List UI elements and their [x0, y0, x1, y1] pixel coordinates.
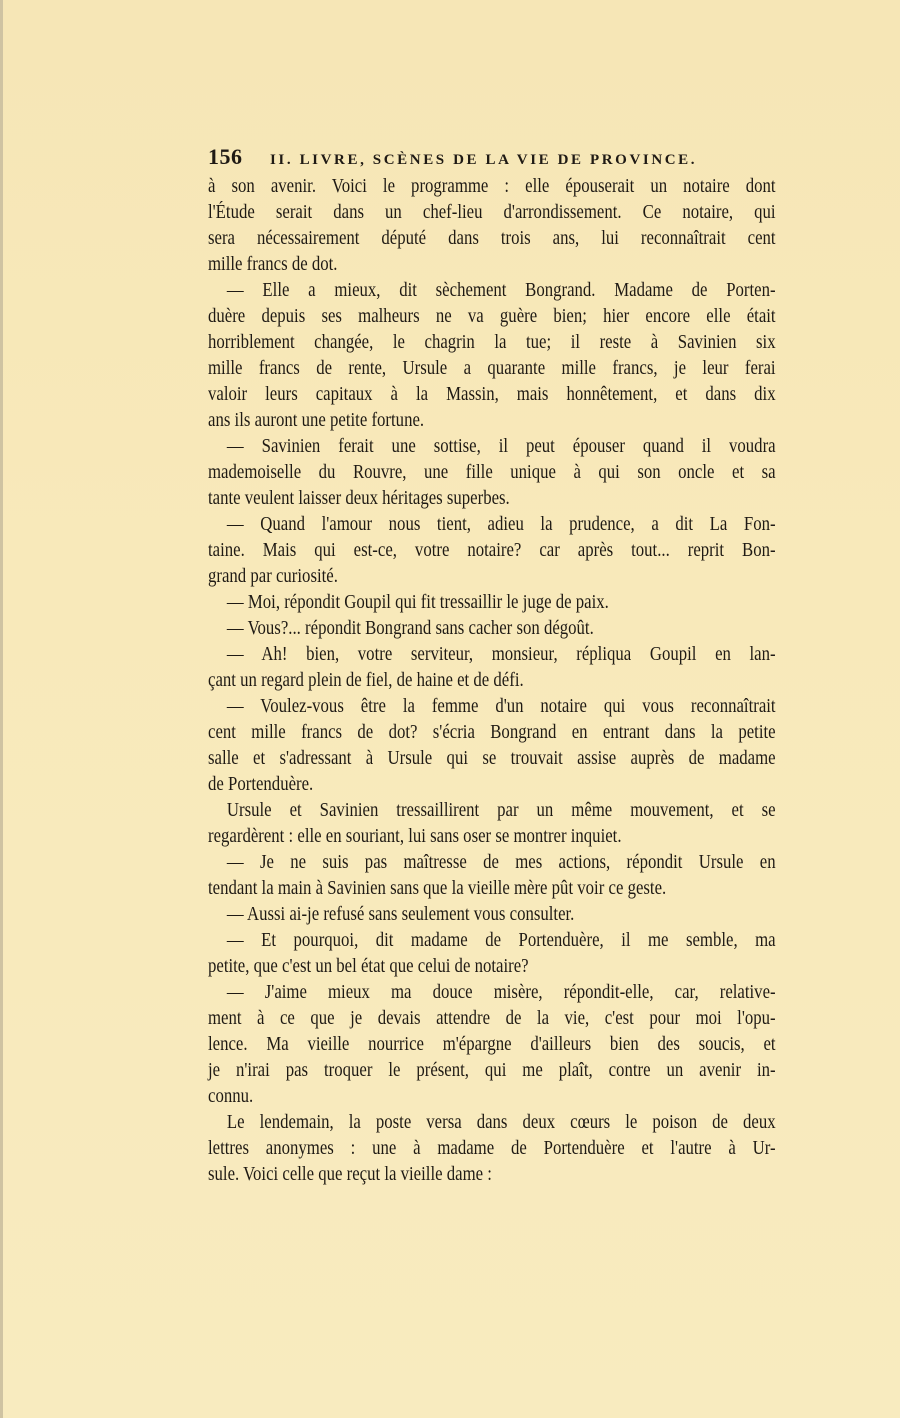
text-line: — Aussi ai-je refusé sans seulement vous… [208, 902, 776, 928]
text-line: ans ils auront une petite fortune. [208, 408, 776, 434]
text-line: lence. Ma vieille nourrice m'épargne d'a… [208, 1032, 776, 1058]
text-line: Ursule et Savinien tressaillirent par un… [208, 798, 776, 824]
text-line: petite, que c'est un bel état que celui … [208, 954, 776, 980]
text-line: cent mille francs de dot? s'écria Bongra… [208, 720, 776, 746]
text-line: regardèrent : elle en souriant, lui sans… [208, 824, 776, 850]
body-text: à son avenir. Voici le programme : elle … [208, 174, 776, 1188]
text-line: tante veulent laisser deux héritages sup… [208, 486, 776, 512]
text-line: sera nécessairement député dans trois an… [208, 226, 776, 252]
text-line: grand par curiosité. [208, 564, 776, 590]
running-title: II. LIVRE, SCÈNES DE LA VIE DE PROVINCE. [270, 152, 697, 169]
text-line: — Je ne suis pas maîtresse de mes action… [208, 850, 776, 876]
text-line: çant un regard plein de fiel, de haine e… [208, 668, 776, 694]
book-page: 156 II. LIVRE, SCÈNES DE LA VIE DE PROVI… [0, 0, 900, 1418]
text-line: — Moi, répondit Goupil qui fit tressaill… [208, 590, 776, 616]
text-line: de Portenduère. [208, 772, 776, 798]
text-line: — Ah! bien, votre serviteur, monsieur, r… [208, 642, 776, 668]
text-line: — Elle a mieux, dit sèchement Bongrand. … [208, 278, 776, 304]
text-line: je n'irai pas troquer le présent, qui me… [208, 1058, 776, 1084]
text-line: valoir leurs capitaux à la Massin, mais … [208, 382, 776, 408]
text-line: duère depuis ses malheurs ne va guère bi… [208, 304, 776, 330]
page-number: 156 [208, 144, 270, 170]
text-line: lettres anonymes : une à madame de Porte… [208, 1136, 776, 1162]
text-line: horriblement changée, le chagrin la tue;… [208, 330, 776, 356]
text-line: taine. Mais qui est-ce, votre notaire? c… [208, 538, 776, 564]
text-line: salle et s'adressant à Ursule qui se tro… [208, 746, 776, 772]
text-line: à son avenir. Voici le programme : elle … [208, 174, 776, 200]
text-line: — Quand l'amour nous tient, adieu la pru… [208, 512, 776, 538]
text-line: sule. Voici celle que reçut la vieille d… [208, 1162, 776, 1188]
text-line: — J'aime mieux ma douce misère, répondit… [208, 980, 776, 1006]
text-line: ment à ce que je devais attendre de la v… [208, 1006, 776, 1032]
text-line: — Savinien ferait une sottise, il peut é… [208, 434, 776, 460]
text-line: tendant la main à Savinien sans que la v… [208, 876, 776, 902]
text-line: mademoiselle du Rouvre, une fille unique… [208, 460, 776, 486]
text-block: 156 II. LIVRE, SCÈNES DE LA VIE DE PROVI… [208, 144, 776, 1188]
text-line: — Vous?... répondit Bongrand sans cacher… [208, 616, 776, 642]
text-line: mille francs de dot. [208, 252, 776, 278]
text-line: Le lendemain, la poste versa dans deux c… [208, 1110, 776, 1136]
text-line: — Et pourquoi, dit madame de Portenduère… [208, 928, 776, 954]
text-line: — Voulez-vous être la femme d'un notaire… [208, 694, 776, 720]
page-edge [0, 0, 3, 1418]
text-line: mille francs de rente, Ursule a quarante… [208, 356, 776, 382]
text-line: l'Étude serait dans un chef-lieu d'arron… [208, 200, 776, 226]
running-head: 156 II. LIVRE, SCÈNES DE LA VIE DE PROVI… [208, 144, 776, 174]
text-line: connu. [208, 1084, 776, 1110]
